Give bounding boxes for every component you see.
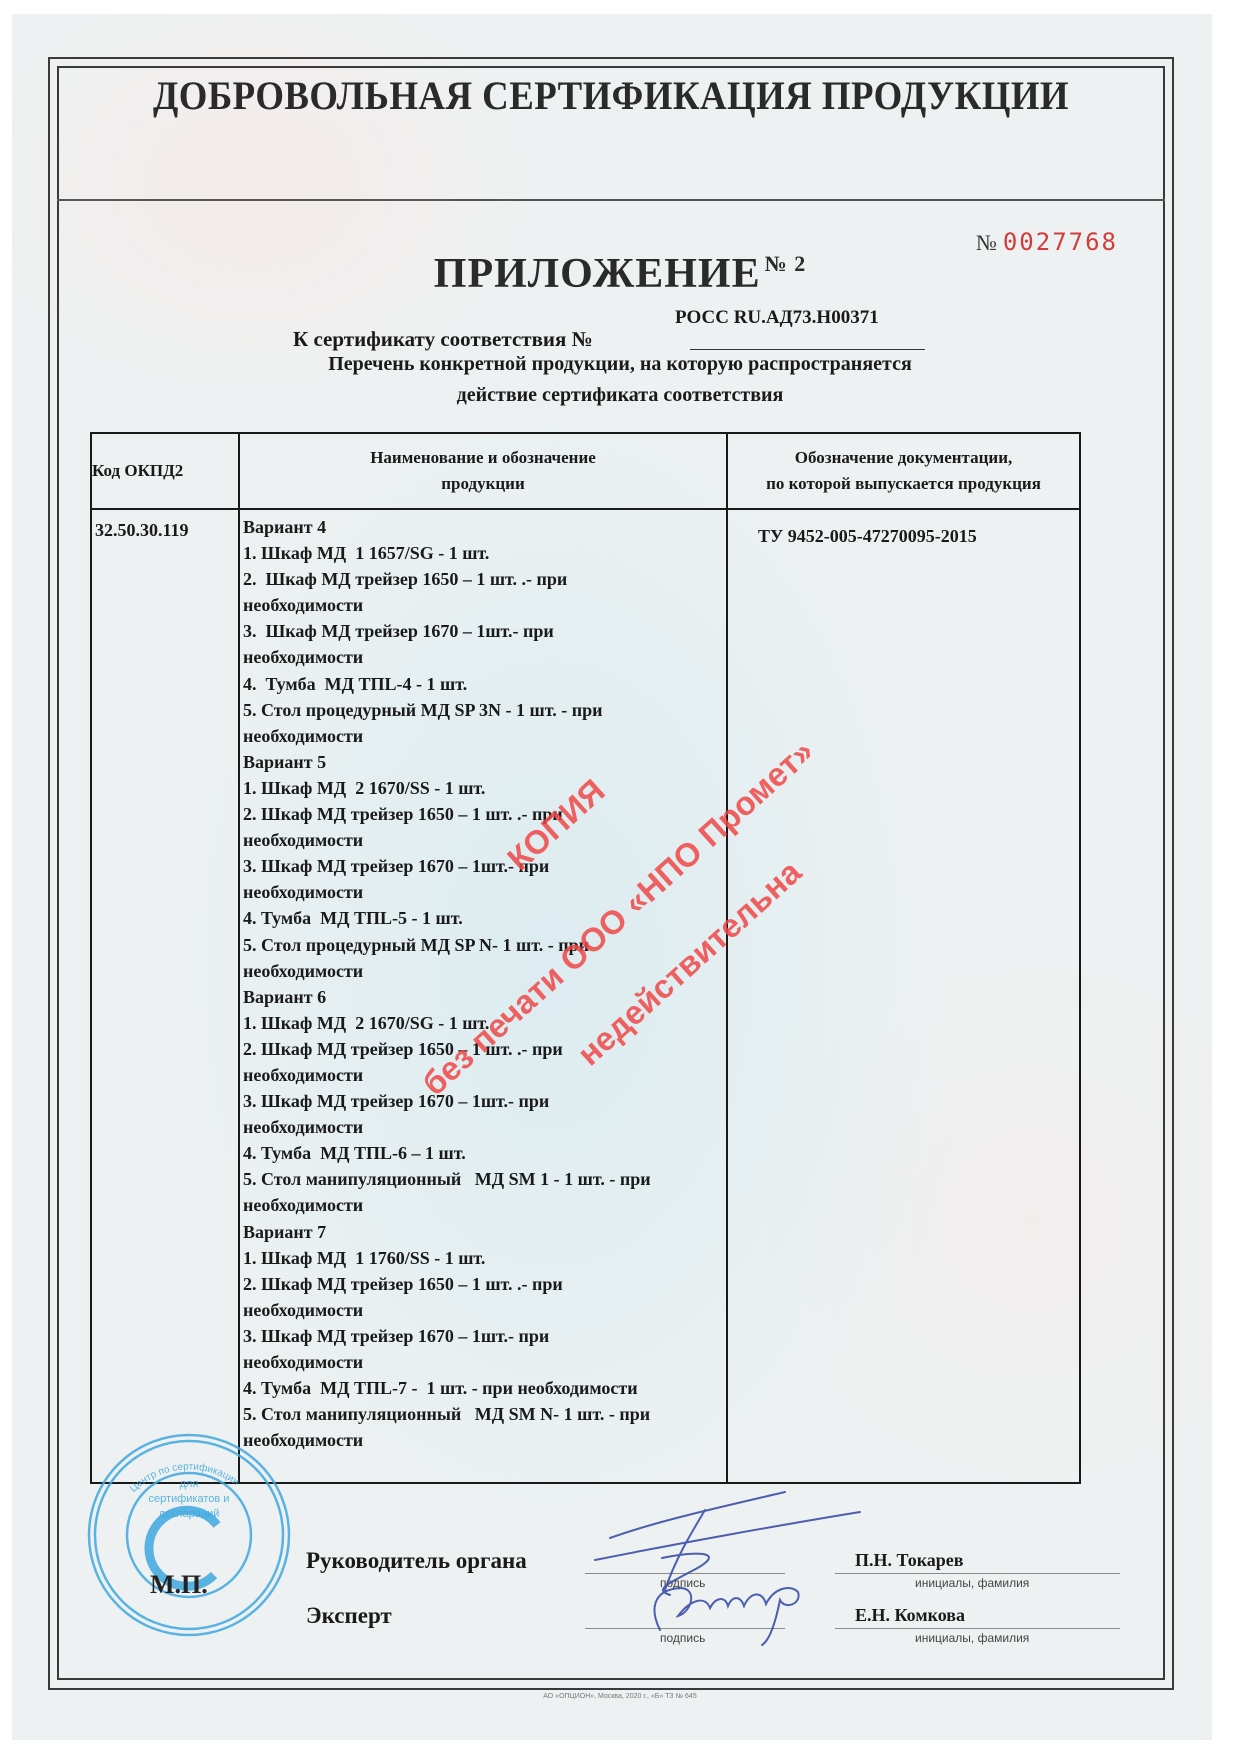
product-item-line: 5. Стол процедурный МД SP N- 1 шт. - при: [243, 932, 726, 958]
product-item-line: 5. Стол манипуляционный МД SM N- 1 шт. -…: [243, 1401, 726, 1427]
variant-title: Вариант 6: [243, 984, 726, 1010]
product-item-line: необходимости: [243, 1427, 726, 1453]
svg-text:деклараций: деклараций: [159, 1508, 220, 1520]
certification-stamp: для сертификатов и деклараций Центр по с…: [82, 1425, 297, 1640]
product-item-line: 1. Шкаф МД 2 1670/SS - 1 шт.: [243, 775, 726, 801]
product-item-line: 4. Тумба МД ТПL-6 – 1 шт.: [243, 1140, 726, 1166]
product-item-line: 4. Тумба МД ТПL-5 - 1 шт.: [243, 905, 726, 931]
product-item-line: 2. Шкаф МД трейзер 1650 – 1 шт. .- при: [243, 566, 726, 592]
product-item-line: 2. Шкаф МД трейзер 1650 – 1 шт. .- при: [243, 801, 726, 827]
product-item-line: 4. Тумба МД ТПL-4 - 1 шт.: [243, 671, 726, 697]
table-row: 32.50.30.119 Вариант 41. Шкаф МД 1 1657/…: [91, 509, 1080, 1483]
certificate-ref-label: К сертификату соответствия №: [293, 327, 593, 352]
subtitle-line-2: действие сертификата соответствия: [0, 384, 1240, 407]
subtitle-line-1: Перечень конкретной продукции, на котору…: [0, 353, 1240, 376]
product-item-line: 3. Шкаф МД трейзер 1670 – 1шт.- при: [243, 1323, 726, 1349]
product-item-line: необходимости: [243, 879, 726, 905]
product-item-line: необходимости: [243, 1114, 726, 1140]
product-item-line: необходимости: [243, 723, 726, 749]
product-item-line: 1. Шкаф МД 1 1657/SG - 1 шт.: [243, 540, 726, 566]
header-doc-line-1: Обозначение документации,: [795, 448, 1013, 467]
product-item-line: 2. Шкаф МД трейзер 1650 – 1 шт. .- при: [243, 1036, 726, 1062]
product-item-line: необходимости: [243, 958, 726, 984]
product-item-line: необходимости: [243, 1297, 726, 1323]
appendix-title: ПРИЛОЖЕНИЕ№ 2: [0, 250, 1240, 298]
head-of-body-label: Руководитель органа: [306, 1548, 527, 1574]
handwritten-signatures: [580, 1480, 900, 1650]
header-name: Наименование и обозначение продукции: [239, 433, 727, 509]
svg-text:сертификатов и: сертификатов и: [149, 1493, 230, 1505]
certificate-ref-underline: [690, 349, 925, 350]
header-doc-line-2: по которой выпускается продукция: [766, 474, 1041, 493]
product-item-line: 1. Шкаф МД 2 1670/SG - 1 шт.: [243, 1010, 726, 1036]
header-code: Код ОКПД2: [91, 433, 239, 509]
product-item-line: 3. Шкаф МД трейзер 1670 – 1шт.- при: [243, 1088, 726, 1114]
product-list: Вариант 41. Шкаф МД 1 1657/SG - 1 шт.2. …: [239, 509, 727, 1483]
header-documentation: Обозначение документации, по которой вып…: [727, 433, 1080, 509]
header-name-line-2: продукции: [441, 474, 525, 493]
documentation-ref: ТУ 9452-005-47270095-2015: [727, 509, 1080, 1483]
appendix-number: № 2: [765, 251, 807, 276]
product-item-line: 2. Шкаф МД трейзер 1650 – 1 шт. .- при: [243, 1271, 726, 1297]
band-title: ДОБРОВОЛЬНАЯ СЕРТИФИКАЦИЯ ПРОДУКЦИИ: [101, 72, 1120, 119]
header-separator: [57, 199, 1165, 201]
product-item-line: необходимости: [243, 1192, 726, 1218]
header-name-line-1: Наименование и обозначение: [370, 448, 596, 467]
product-item-line: 4. Тумба МД ТПL-7 - 1 шт. - при необходи…: [243, 1375, 726, 1401]
expert-label: Эксперт: [306, 1603, 392, 1629]
products-table: Код ОКПД2 Наименование и обозначение про…: [90, 432, 1081, 1484]
variant-title: Вариант 7: [243, 1219, 726, 1245]
appendix-title-text: ПРИЛОЖЕНИЕ: [434, 251, 761, 297]
product-item-line: 5. Стол процедурный МД SP 3N - 1 шт. - п…: [243, 697, 726, 723]
okpd2-code: 32.50.30.119: [91, 509, 239, 1483]
printer-imprint: АО «ОПЦИОН», Москва, 2020 г., «Б» ТЗ № 6…: [0, 1693, 1240, 1700]
variant-title: Вариант 4: [243, 514, 726, 540]
product-item-line: 1. Шкаф МД 1 1760/SS - 1 шт.: [243, 1245, 726, 1271]
product-item-line: 3. Шкаф МД трейзер 1670 – 1шт.- при: [243, 853, 726, 879]
product-item-line: необходимости: [243, 1062, 726, 1088]
certificate-ref-number: РОСС RU.АД73.Н00371: [675, 307, 879, 329]
variant-title: Вариант 5: [243, 749, 726, 775]
expert-name-caption: инициалы, фамилия: [915, 1631, 1029, 1645]
product-item-line: 5. Стол манипуляционный МД SM 1 - 1 шт. …: [243, 1166, 726, 1192]
table-header-row: Код ОКПД2 Наименование и обозначение про…: [91, 433, 1080, 509]
product-item-line: необходимости: [243, 827, 726, 853]
head-name-caption: инициалы, фамилия: [915, 1576, 1029, 1590]
product-item-line: необходимости: [243, 592, 726, 618]
product-item-line: 3. Шкаф МД трейзер 1670 – 1шт.- при: [243, 618, 726, 644]
svg-text:для: для: [180, 1478, 199, 1490]
stamp-place-label: М.П.: [150, 1570, 208, 1600]
product-item-line: необходимости: [243, 1349, 726, 1375]
product-item-line: необходимости: [243, 644, 726, 670]
